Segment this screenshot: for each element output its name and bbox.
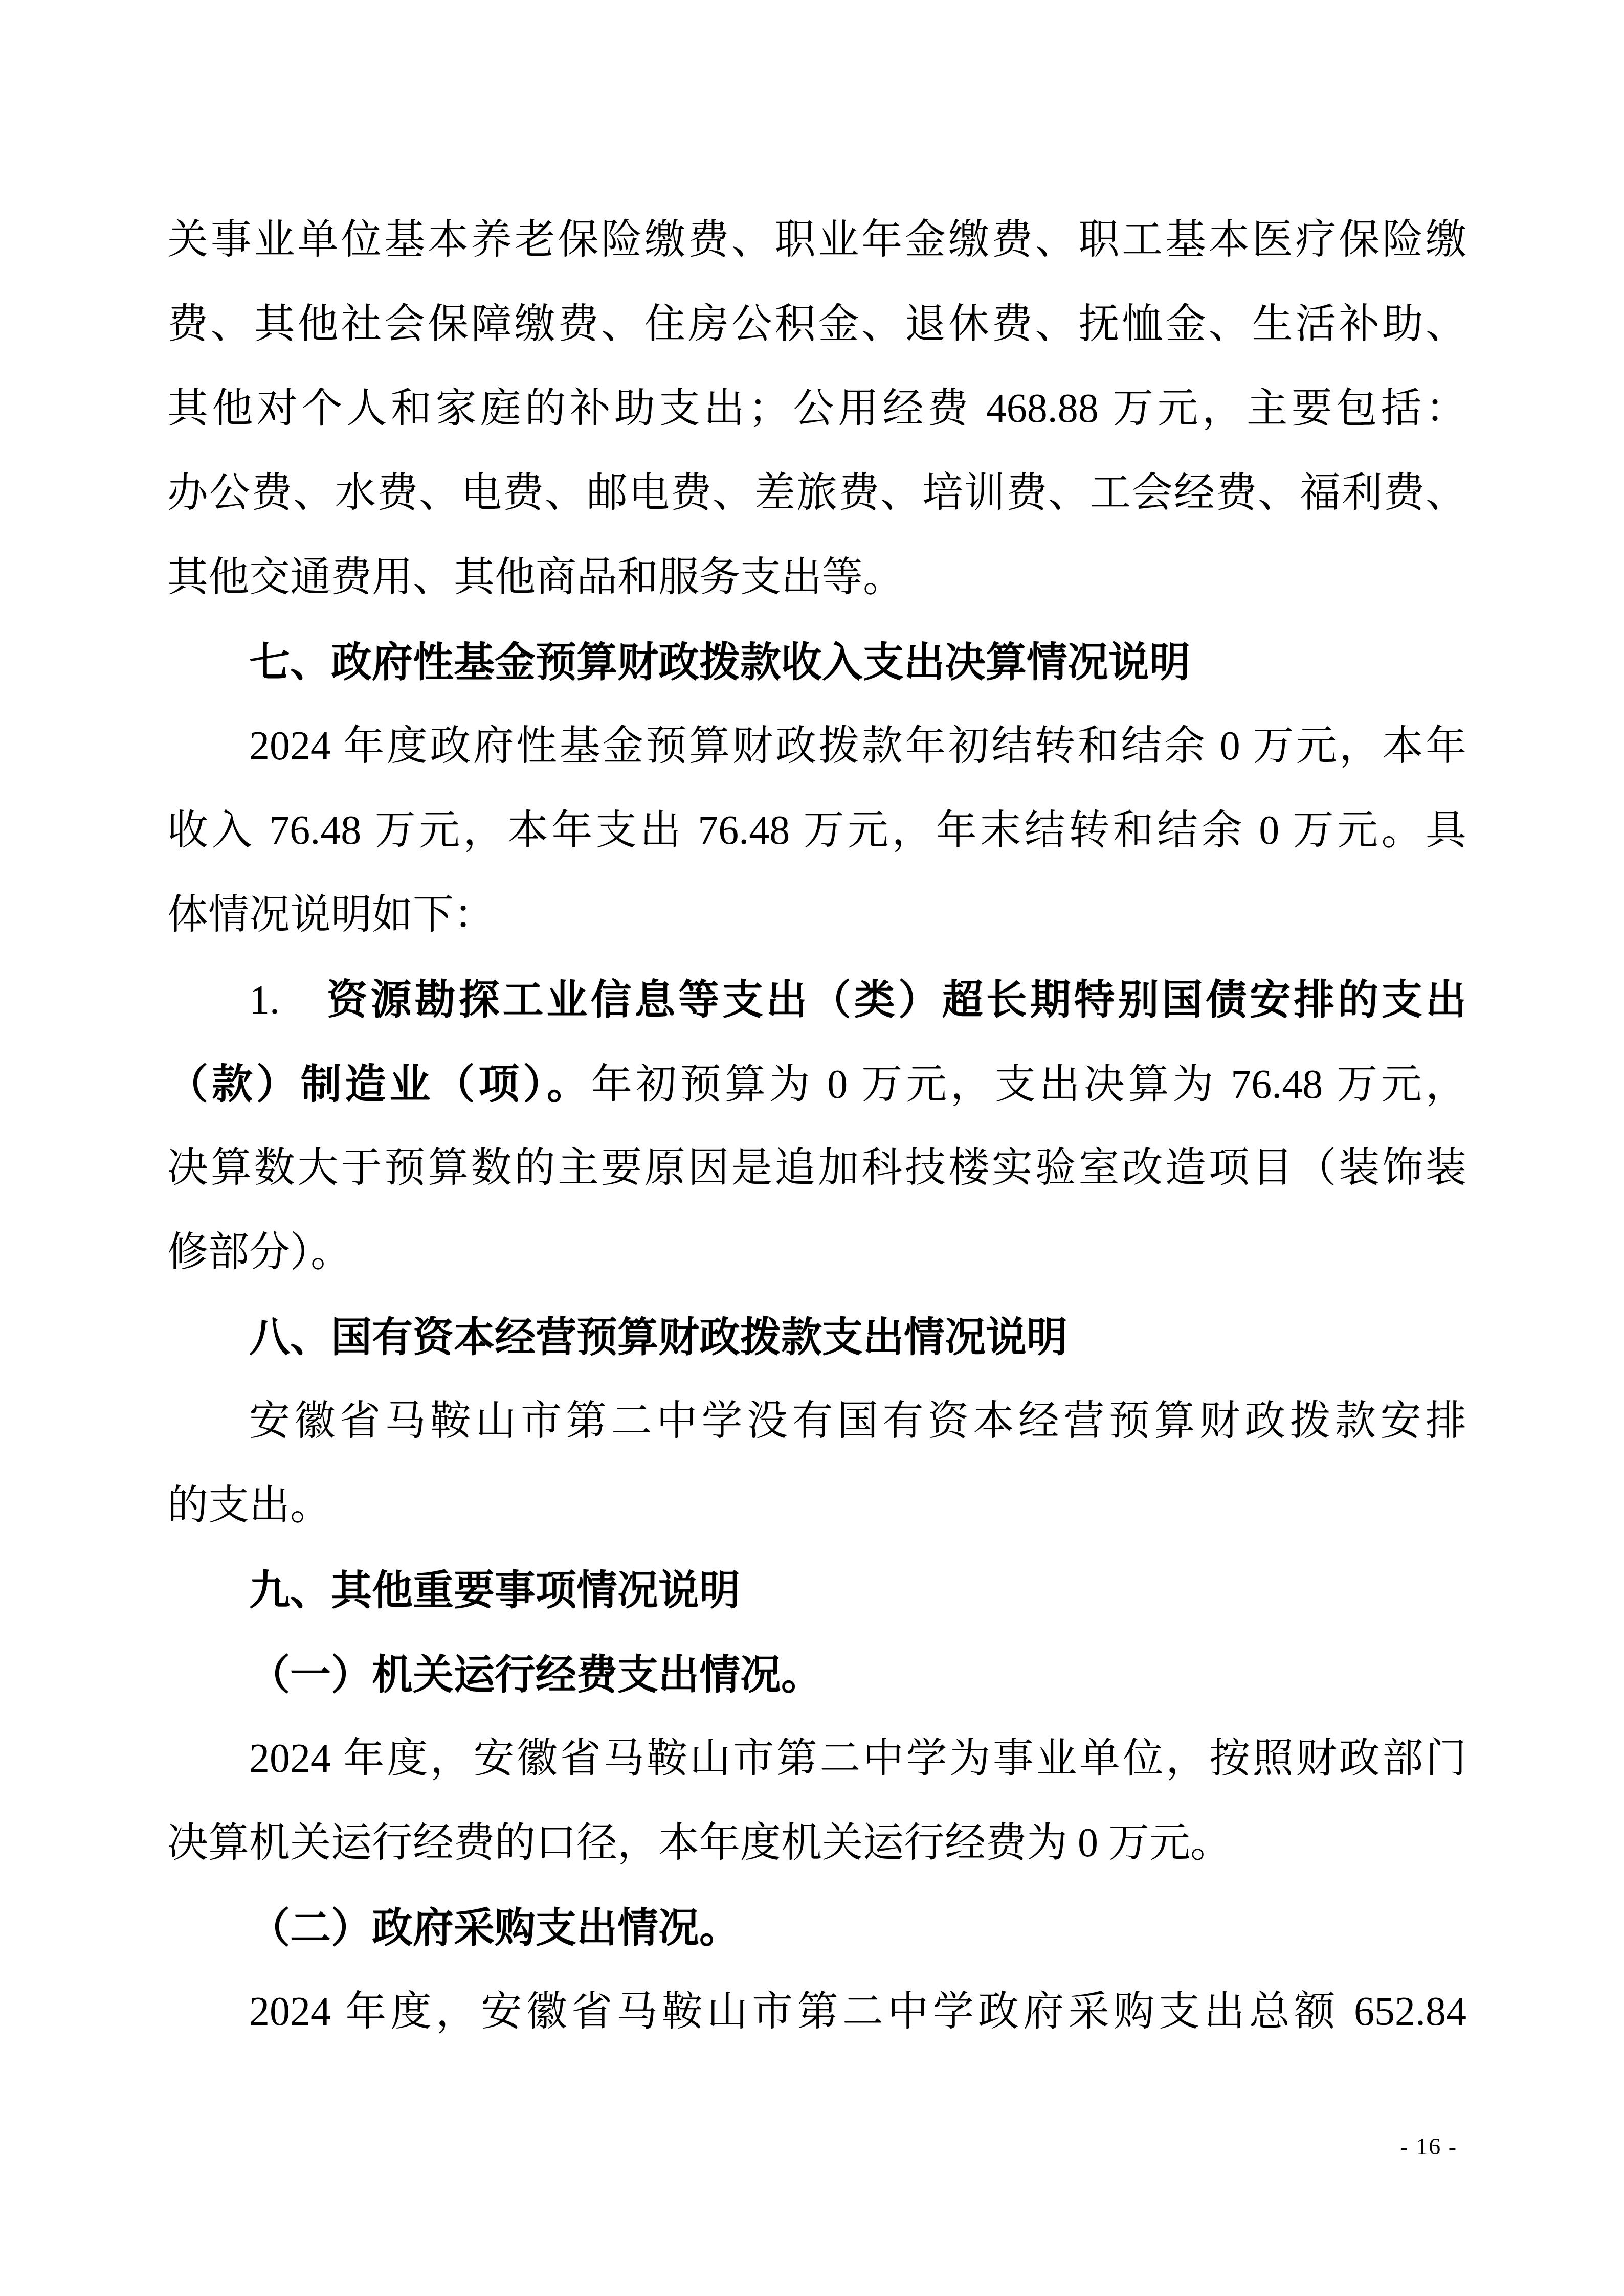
text-line: 关事业单位基本养老保险缴费、职业年金缴费、职工基本医疗保险缴 [167, 198, 1466, 282]
page-number: - 16 - [1400, 2132, 1457, 2161]
text-line: 办公费、水费、电费、邮电费、差旅费、培训费、工会经费、福利费、 [167, 451, 1466, 535]
text-segment: 其他交通费用、其他商品和服务支出等。 [167, 555, 904, 600]
bold-text-segment: 资源勘探工业信息等支出（类）超长期特别国债安排的支出 [327, 977, 1466, 1022]
text-line: 其他对个人和家庭的补助支出；公用经费 468.88 万元，主要包括： [167, 367, 1466, 451]
text-segment: 费、其他社会保障缴费、住房公积金、退休费、抚恤金、生活补助、 [167, 302, 1466, 347]
text-segment: 收入 76.48 万元，本年支出 76.48 万元，年末结转和结余 0 万元。具 [167, 808, 1466, 853]
text-segment: 决算机关运行经费的口径，本年度机关运行经费为 0 万元。 [167, 1820, 1231, 1865]
text-line: 2024 年度，安徽省马鞍山市第二中学为事业单位，按照财政部门 [167, 1717, 1466, 1801]
text-line: （款）制造业（项）。年初预算为 0 万元，支出决算为 76.48 万元， [167, 1042, 1466, 1126]
bold-text-segment: （一）机关运行经费支出情况。 [249, 1652, 822, 1697]
text-segment: 年初预算为 0 万元，支出决算为 76.48 万元， [591, 1062, 1466, 1107]
page: { "page": { "background_color": "#ffffff… [0, 0, 1624, 2296]
text-segment: 体情况说明如下： [167, 892, 495, 937]
section-heading: 九、其他重要事项情况说明 [167, 1548, 1466, 1632]
document-body: 关事业单位基本养老保险缴费、职业年金缴费、职工基本医疗保险缴费、其他社会保障缴费… [167, 198, 1466, 2054]
bold-text-segment: 八、国有资本经营预算财政拨款支出情况说明 [249, 1314, 1067, 1360]
section-heading: 七、政府性基金预算财政拨款收入支出决算情况说明 [167, 620, 1466, 704]
bold-text-segment: （二）政府采购支出情况。 [249, 1905, 740, 1950]
text-line: 安徽省马鞍山市第二中学没有国有资本经营预算财政拨款安排 [167, 1379, 1466, 1464]
text-segment: 决算数大于预算数的主要原因是追加科技楼实验室改造项目（装饰装 [167, 1145, 1466, 1190]
text-line: 费、其他社会保障缴费、住房公积金、退休费、抚恤金、生活补助、 [167, 282, 1466, 367]
text-line: 体情况说明如下： [167, 873, 1466, 957]
text-segment: 其他对个人和家庭的补助支出；公用经费 468.88 万元，主要包括： [167, 386, 1466, 431]
text-line: 决算机关运行经费的口径，本年度机关运行经费为 0 万元。 [167, 1801, 1466, 1885]
text-line: 修部分）。 [167, 1210, 1466, 1295]
text-segment: 2024 年度，安徽省马鞍山市第二中学为事业单位，按照财政部门 [249, 1736, 1466, 1781]
text-segment: 1. [249, 978, 327, 1023]
section-heading: （二）政府采购支出情况。 [167, 1885, 1466, 1970]
text-segment: 2024 年度，安徽省马鞍山市第二中学政府采购支出总额 652.84 [249, 1989, 1466, 2034]
text-line: 的支出。 [167, 1464, 1466, 1548]
text-line: 其他交通费用、其他商品和服务支出等。 [167, 535, 1466, 620]
text-segment: 关事业单位基本养老保险缴费、职业年金缴费、职工基本医疗保险缴 [167, 217, 1466, 262]
text-line: 2024 年度政府性基金预算财政拨款年初结转和结余 0 万元，本年 [167, 704, 1466, 789]
text-line: 决算数大于预算数的主要原因是追加科技楼实验室改造项目（装饰装 [167, 1126, 1466, 1210]
text-line: 收入 76.48 万元，本年支出 76.48 万元，年末结转和结余 0 万元。具 [167, 789, 1466, 873]
text-segment: 办公费、水费、电费、邮电费、差旅费、培训费、工会经费、福利费、 [167, 470, 1466, 515]
section-heading: 八、国有资本经营预算财政拨款支出情况说明 [167, 1295, 1466, 1379]
text-segment: 的支出。 [167, 1483, 331, 1528]
document-page: 关事业单位基本养老保险缴费、职业年金缴费、职工基本医疗保险缴费、其他社会保障缴费… [0, 0, 1624, 2296]
bold-text-segment: 七、政府性基金预算财政拨款收入支出决算情况说明 [249, 639, 1190, 685]
text-segment: 修部分）。 [167, 1230, 351, 1275]
section-heading: （一）机关运行经费支出情况。 [167, 1632, 1466, 1717]
text-line: 1. 资源勘探工业信息等支出（类）超长期特别国债安排的支出 [167, 957, 1466, 1042]
text-segment: 2024 年度政府性基金预算财政拨款年初结转和结余 0 万元，本年 [249, 724, 1466, 769]
text-segment: 安徽省马鞍山市第二中学没有国有资本经营预算财政拨款安排 [249, 1399, 1466, 1444]
bold-text-segment: （款）制造业（项）。 [167, 1061, 591, 1107]
text-line: 2024 年度，安徽省马鞍山市第二中学政府采购支出总额 652.84 [167, 1970, 1466, 2054]
bold-text-segment: 九、其他重要事项情况说明 [249, 1567, 740, 1613]
